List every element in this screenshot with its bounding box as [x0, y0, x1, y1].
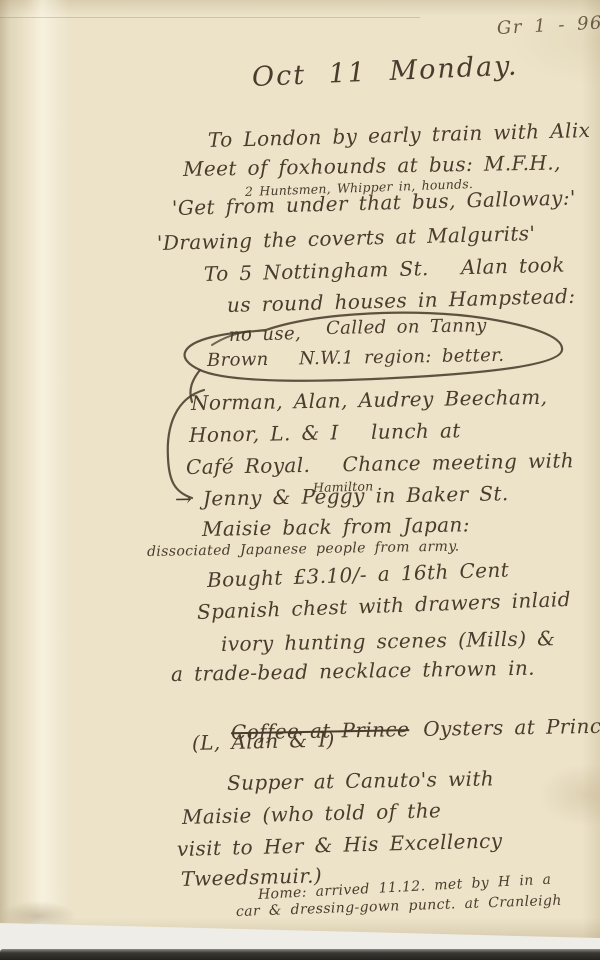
- date-heading: Oct 11 Monday.: [251, 50, 519, 93]
- handwritten-line: Spanish chest with drawers inlaid: [197, 587, 572, 624]
- line-text: Oysters at Princes: [423, 713, 600, 741]
- circled-note-line: Brown N.W.1 region: better.: [207, 345, 505, 371]
- handwritten-line: 'Get from under that bus, Galloway:': [172, 185, 576, 220]
- catalog-number: Gr 1 - 967: [496, 12, 600, 39]
- handwritten-line: Meet of foxhounds at bus: M.F.H.,: [183, 150, 561, 181]
- handwritten-line: us round houses in Hampstead:: [227, 284, 576, 317]
- handwritten-line: no use,: [229, 323, 302, 346]
- handwritten-line: Norman, Alan, Audrey Beecham,: [191, 385, 548, 415]
- handwritten-line: ivory hunting scenes (Mills) &: [221, 626, 556, 656]
- handwritten-line: Maisie back from Japan:: [202, 512, 470, 541]
- handwritten-line: → Jenny & Peggy in Baker St.: [175, 481, 509, 511]
- circled-note-line: Called on Tanny: [326, 315, 487, 339]
- scanned-diary-screenshot: { "colors": { "paper": "#ece3c9", "ink":…: [0, 0, 600, 960]
- handwritten-line: Supper at Canuto's with: [227, 766, 494, 795]
- handwritten-line: To 5 Nottingham St. Alan took: [204, 253, 565, 286]
- handwritten-line: Bought £3.10/- a 16th Cent: [207, 557, 510, 592]
- handwritten-line: Café Royal. Chance meeting with: [186, 448, 574, 479]
- scanner-edge-bar: [0, 949, 600, 960]
- handwritten-line: Honor, L. & I lunch at: [189, 418, 461, 447]
- handwritten-line: (L, Alan & I): [192, 727, 335, 755]
- handwritten-line: 'Drawing the coverts at Malgurits': [157, 221, 536, 255]
- handwritten-line: a trade-bead necklace thrown in.: [171, 656, 535, 686]
- handwritten-line: Maisie (who told of the: [182, 798, 442, 829]
- diary-page: Gr 1 - 967 Oct 11 Monday. To London by e…: [0, 0, 600, 940]
- interline-insertion: dissociated Japanese people from army.: [147, 539, 460, 560]
- handwritten-line: To London by early train with Alix: [208, 118, 591, 152]
- handwritten-line: visit to Her & His Excellency: [177, 828, 503, 861]
